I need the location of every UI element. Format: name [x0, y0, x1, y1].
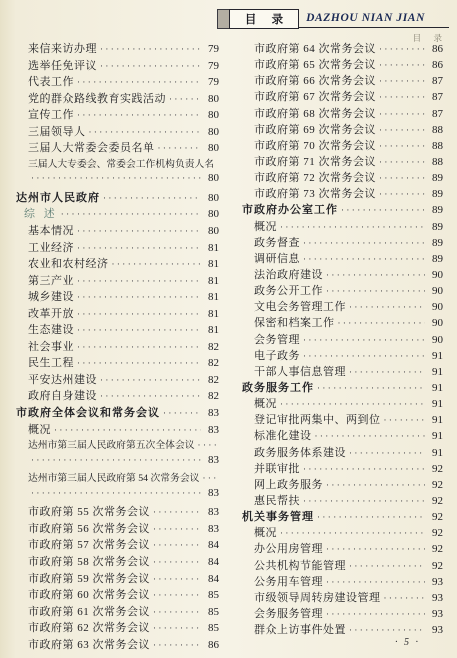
toc-entry-title: 综 述 — [24, 205, 58, 221]
dot-leader: ········································… — [153, 590, 201, 600]
dot-leader: ········································… — [349, 448, 425, 458]
toc-entry-title: 民生工程 — [28, 354, 74, 370]
toc-page-number: 93 — [428, 624, 443, 636]
toc-entry-title: 选举任免评议 — [28, 57, 97, 73]
toc-entry-row: 城乡建设····································… — [16, 288, 219, 305]
toc-page-number: 81 — [204, 258, 219, 270]
dot-leader: ········································… — [153, 640, 201, 650]
dot-leader: ········································… — [379, 60, 425, 70]
toc-entry-title: 市政府第 57 次常务会议 — [28, 536, 150, 552]
dot-leader: ········································… — [326, 577, 425, 587]
toc-page-number: 79 — [204, 43, 219, 55]
toc-entry-title: 市政府办公室工作 — [242, 201, 338, 217]
dot-leader: ········································… — [103, 193, 201, 203]
toc-entry-row: 达州市第三届人民政府第 54 次常务会议····················… — [16, 470, 219, 487]
dot-leader: ········································… — [77, 309, 201, 319]
toc-entry-title: 市政府第 58 次常务会议 — [28, 553, 150, 569]
toc-entry-row: 市政府第 62 次常务会议···························… — [16, 619, 219, 636]
dot-leader: ········································… — [303, 335, 425, 345]
toc-page-number: 85 — [204, 606, 219, 618]
toc-entry-row: 法治政府建设··································… — [242, 266, 443, 282]
toc-entry-row: 三届人大常委会委员名单·····························… — [16, 139, 219, 156]
toc-page-number: 91 — [428, 414, 443, 426]
toc-entry-row: 调研信息····································… — [242, 250, 443, 266]
dot-leader: ········································… — [379, 141, 425, 151]
toc-page-number: 82 — [204, 341, 219, 353]
toc-entry-row: 市政府第 68 次常务会议···························… — [242, 105, 443, 121]
dot-leader: ········································… — [379, 157, 425, 167]
toc-entry-title: 会务服务管理 — [254, 605, 323, 621]
toc-page-number: 89 — [428, 221, 443, 233]
header-rule — [298, 27, 449, 28]
dot-leader: ········································… — [280, 399, 425, 409]
toc-entry-row: 选举任免评议··································… — [16, 57, 219, 74]
toc-section-row: 市政府办公室工作································… — [242, 201, 443, 217]
toc-page-number: 80 — [204, 192, 219, 204]
dot-leader: ········································… — [326, 480, 425, 490]
toc-entry-row: 政务公开工作··································… — [242, 282, 443, 298]
dot-leader: ········································… — [303, 254, 425, 264]
toc-entry-title: 社会事业 — [28, 338, 74, 354]
toc-page-number: 81 — [204, 242, 219, 254]
toc-entry-title: 达州市人民政府 — [16, 189, 100, 205]
dot-leader: ········································… — [77, 226, 201, 236]
toc-page-number: 89 — [428, 253, 443, 265]
toc-page-number: 80 — [204, 109, 219, 121]
toc-page-number: 82 — [204, 357, 219, 369]
dot-leader: ········································… — [61, 209, 201, 219]
toc-entry-title: 市政府第 70 次常务会议 — [254, 137, 376, 153]
toc-page-number: 81 — [204, 275, 219, 287]
toc-entry-row: 政务服务体系建设································… — [242, 444, 443, 460]
dot-leader: ········································… — [31, 173, 201, 183]
toc-entry-row: 第三产业····································… — [16, 272, 219, 289]
toc-page-number: 83 — [204, 424, 219, 436]
toc-entry-row: 市级领导周转房建设管理·····························… — [242, 589, 443, 605]
toc-page-number: 80 — [204, 142, 219, 154]
toc-entry-title: 并联审批 — [254, 460, 300, 476]
toc-page-number: 79 — [204, 76, 219, 88]
toc-entry-title: 电子政务 — [254, 347, 300, 363]
toc-page-number: 81 — [204, 324, 219, 336]
toc-entry-row: 市政府第 65 次常务会议···························… — [242, 56, 443, 72]
dot-leader: ········································… — [31, 488, 201, 498]
dot-leader: ········································… — [100, 375, 201, 385]
toc-entry-title: 登记审批两集中、两到位 — [254, 411, 381, 427]
toc-entry-title: 公务用车管理 — [254, 573, 323, 589]
dot-leader: ········································… — [163, 408, 201, 418]
toc-section-row: 政务服务工作··································… — [242, 379, 443, 395]
dot-leader: ········································… — [153, 540, 201, 550]
toc-entry-title: 三届人大专委会、常委会工作机构负责人名单 — [28, 156, 213, 170]
toc-entry-title: 代表工作 — [28, 73, 74, 89]
toc-page-number: 90 — [428, 317, 443, 329]
toc-entry-title: 农业和农村经济 — [28, 255, 109, 271]
toc-entry-title: 市政府第 64 次常务会议 — [254, 40, 376, 56]
toc-page-number: 89 — [428, 237, 443, 249]
toc-entry-row: 三届人大专委会、常委会工作机构负责人名单····················… — [16, 156, 219, 173]
dot-leader: ········································… — [326, 609, 425, 619]
dot-leader: ········································… — [349, 561, 425, 571]
dot-leader: ········································… — [379, 173, 425, 183]
toc-entry-title: 城乡建设 — [28, 288, 74, 304]
dot-leader: ········································… — [54, 425, 201, 435]
toc-entry-row: 平安达州建设··································… — [16, 371, 219, 388]
toc-page-number: 83 — [204, 454, 219, 466]
toc-entry-row: 市政府第 66 次常务会议···························… — [242, 72, 443, 88]
toc-page-number: 80 — [204, 208, 219, 220]
toc-entry-row: 政府自身建设··································… — [16, 387, 219, 404]
toc-entry-row: 概况······································… — [242, 218, 443, 234]
toc-page-number: 92 — [428, 511, 443, 523]
toc-entry-row: 农业和农村经济·································… — [16, 255, 219, 272]
toc-entry-row: 政务督查····································… — [242, 234, 443, 250]
dot-leader: ········································… — [379, 76, 425, 86]
journal-title: DAZHOU NIAN JIAN — [306, 12, 425, 24]
toc-page-number: 84 — [204, 556, 219, 568]
page-header: 目 录 DAZHOU NIAN JIAN 目 录 — [217, 9, 449, 43]
toc-entry-row: 市政府第 73 次常务会议···························… — [242, 185, 443, 201]
toc-entry-title: 三届领导人 — [28, 123, 86, 139]
dot-leader: ········································… — [349, 367, 425, 377]
toc-page-number: 80 — [204, 93, 219, 105]
toc-entry-row: 文电会务管理工作································… — [242, 298, 443, 314]
dot-leader: ········································… — [153, 607, 201, 617]
toc-entry-row: 市政府第 64 次常务会议···························… — [242, 40, 443, 56]
toc-entry-title: 达州市第三届人民政府第 54 次常务会议 — [28, 470, 199, 484]
toc-page-number: 84 — [204, 573, 219, 585]
dot-leader: ········································… — [112, 259, 202, 269]
toc-entry-row: 市政府第 63 次常务会议···························… — [16, 636, 219, 653]
toc-entry-title: 市政府全体会议和常务会议 — [16, 404, 160, 420]
toc-section-row: 达州市人民政府·································… — [16, 189, 219, 206]
toc-entry-title: 政务公开工作 — [254, 282, 323, 298]
toc-entry-title: 市政府第 55 次常务会议 — [28, 503, 150, 519]
dot-leader: ········································… — [77, 358, 201, 368]
toc-column-right: 市政府第 64 次常务会议···························… — [242, 40, 443, 637]
dot-leader: ········································… — [100, 391, 201, 401]
toc-entry-row: 市政府第 60 次常务会议···························… — [16, 586, 219, 603]
toc-page-number: 86 — [204, 639, 219, 651]
toc-page-number: 83 — [204, 487, 219, 499]
toc-entry-title: 市政府第 71 次常务会议 — [254, 153, 376, 169]
toc-page-number: 91 — [428, 398, 443, 410]
toc-page-number: 82 — [204, 374, 219, 386]
dot-leader: ········································… — [153, 507, 201, 517]
toc-entry-row: 党的群众路线教育实践活动····························… — [16, 90, 219, 107]
toc-entry-title: 市政府第 62 次常务会议 — [28, 619, 150, 635]
toc-entry-title: 政务服务工作 — [242, 379, 314, 395]
toc-page-number: 85 — [204, 589, 219, 601]
toc-entry-title: 生态建设 — [28, 321, 74, 337]
dot-leader: ········································… — [169, 94, 201, 104]
toc-entry-title: 市级领导周转房建设管理 — [254, 589, 381, 605]
toc-entry-row: 概况······································… — [242, 524, 443, 540]
toc-entry-title: 群众上访事件处置 — [254, 621, 346, 637]
dot-leader: ········································… — [158, 143, 202, 153]
toc-entry-title: 网上政务服务 — [254, 476, 323, 492]
dot-leader: ········································… — [100, 44, 201, 54]
toc-entry-title: 市政府第 63 次常务会议 — [28, 636, 150, 652]
toc-entry-row: 保密和档案工作·································… — [242, 314, 443, 330]
dot-leader: ········································… — [100, 61, 201, 71]
dot-leader: ········································… — [317, 512, 425, 522]
toc-entry-title: 概况 — [28, 421, 51, 437]
toc-entry-row: 惠民帮扶····································… — [242, 492, 443, 508]
toc-entry-row: 生态建设····································… — [16, 321, 219, 338]
dot-leader: ········································… — [326, 286, 425, 296]
toc-entry-title: 市政府第 56 次常务会议 — [28, 520, 150, 536]
toc-entry-title: 市政府第 65 次常务会议 — [254, 56, 376, 72]
toc-entry-row: 会务管理····································… — [242, 331, 443, 347]
toc-entry-row: 基本情况····································… — [16, 222, 219, 239]
toc-entry-row: 并联审批····································… — [242, 460, 443, 476]
toc-page-number: 90 — [428, 334, 443, 346]
toc-entry-title: 平安达州建设 — [28, 371, 97, 387]
toc-entry-row: 办公用房管理··································… — [242, 540, 443, 556]
toc-entry-title: 市政府第 67 次常务会议 — [254, 88, 376, 104]
toc-entry-row: 市政府第 70 次常务会议···························… — [242, 137, 443, 153]
toc-entry-title: 调研信息 — [254, 250, 300, 266]
toc-entry-title: 公共机构节能管理 — [254, 557, 346, 573]
toc-page-number: 93 — [428, 608, 443, 620]
dot-leader: ········································… — [198, 440, 216, 450]
toc-entry-title: 政务督查 — [254, 234, 300, 250]
toc-entry-row: 市政府第 61 次常务会议···························… — [16, 603, 219, 620]
toc-entry-continuation: ········································… — [16, 454, 219, 471]
toc-entry-continuation: ········································… — [16, 487, 219, 504]
toc-entry-row: 会务服务管理··································… — [242, 605, 443, 621]
toc-page-number: 92 — [428, 543, 443, 555]
toc-page-number: 88 — [428, 124, 443, 136]
toc-section-row: 市政府全体会议和常务会议····························… — [16, 404, 219, 421]
toc-page-number: 90 — [428, 285, 443, 297]
toc-entry-row: 达州市第三届人民政府第五次全体会议·······················… — [16, 437, 219, 454]
dot-leader: ········································… — [77, 110, 201, 120]
dot-leader: ········································… — [379, 92, 425, 102]
toc-entry-title: 改革开放 — [28, 305, 74, 321]
toc-page-number: 81 — [204, 308, 219, 320]
page-number: · 5 · — [395, 637, 420, 648]
toc-page-number: 81 — [204, 291, 219, 303]
toc-entry-title: 第三产业 — [28, 272, 74, 288]
dot-leader: ········································… — [326, 270, 425, 280]
toc-column-left: 来信来访办理··································… — [16, 40, 219, 652]
toc-entry-title: 宣传工作 — [28, 106, 74, 122]
dot-leader: ········································… — [77, 325, 201, 335]
dot-leader: ········································… — [77, 276, 201, 286]
toc-page-number: 86 — [428, 43, 443, 55]
toc-page-number: 90 — [428, 301, 443, 313]
toc-page-number: 88 — [428, 156, 443, 168]
dot-leader: ········································… — [303, 351, 425, 361]
toc-entry-row: 综 述·····································… — [16, 205, 219, 222]
toc-entry-row: 社会事业····································… — [16, 338, 219, 355]
toc-page-number: 92 — [428, 463, 443, 475]
toc-entry-title: 达州市第三届人民政府第五次全体会议 — [28, 437, 195, 451]
dot-leader: ········································… — [384, 415, 426, 425]
toc-page-number: 92 — [428, 479, 443, 491]
toc-entry-title: 概况 — [254, 218, 277, 234]
toc-page-number: 87 — [428, 75, 443, 87]
dot-leader: ········································… — [384, 593, 426, 603]
toc-page-number: 92 — [428, 495, 443, 507]
toc-entry-title: 概况 — [254, 524, 277, 540]
dot-leader: ········································… — [379, 125, 425, 135]
toc-page-number: 83 — [204, 523, 219, 535]
toc-page-number: 86 — [428, 59, 443, 71]
toc-entry-row: 公共机构节能管理································… — [242, 557, 443, 573]
toc-section-row: 机关事务管理··································… — [242, 508, 443, 524]
toc-entry-row: 市政府第 72 次常务会议···························… — [242, 169, 443, 185]
toc-entry-row: 民生工程····································… — [16, 354, 219, 371]
toc-entry-title: 会务管理 — [254, 331, 300, 347]
toc-entry-row: 登记审批两集中、两到位·····························… — [242, 411, 443, 427]
toc-entry-title: 政府自身建设 — [28, 387, 97, 403]
toc-entry-row: 改革开放····································… — [16, 305, 219, 322]
toc-entry-row: 工业经济····································… — [16, 239, 219, 256]
dot-leader: ········································… — [77, 77, 201, 87]
toc-header-box: 目 录 — [229, 9, 299, 29]
toc-page-number: 85 — [204, 622, 219, 634]
toc-entry-continuation: ········································… — [16, 172, 219, 189]
toc-entry-row: 网上政务服务··································… — [242, 476, 443, 492]
toc-entry-row: 市政府第 67 次常务会议···························… — [242, 88, 443, 104]
toc-entry-title: 惠民帮扶 — [254, 492, 300, 508]
toc-entry-title: 干部人事信息管理 — [254, 363, 346, 379]
toc-entry-title: 党的群众路线教育实践活动 — [28, 90, 166, 106]
toc-page-number: 89 — [428, 188, 443, 200]
toc-page-number: 91 — [428, 382, 443, 394]
toc-entry-title: 保密和档案工作 — [254, 314, 335, 330]
dot-leader: ········································… — [341, 205, 425, 215]
toc-entry-title: 市政府第 68 次常务会议 — [254, 105, 376, 121]
toc-entry-title: 机关事务管理 — [242, 508, 314, 524]
toc-entry-title: 标准化建设 — [254, 427, 312, 443]
toc-page-number: 92 — [428, 527, 443, 539]
dot-leader: ········································… — [77, 342, 201, 352]
toc-entry-title: 市政府第 66 次常务会议 — [254, 72, 376, 88]
toc-page-number: 91 — [428, 350, 443, 362]
toc-entry-row: 宣传工作····································… — [16, 106, 219, 123]
dot-leader: ········································… — [77, 292, 201, 302]
toc-page-number: 93 — [428, 592, 443, 604]
dot-leader: ········································… — [280, 222, 425, 232]
toc-page-number: 91 — [428, 430, 443, 442]
dot-leader: ········································… — [303, 496, 425, 506]
toc-page-number: 89 — [428, 204, 443, 216]
toc-entry-row: 市政府第 71 次常务会议···························… — [242, 153, 443, 169]
toc-entry-row: 代表工作····································… — [16, 73, 219, 90]
toc-page-number: 79 — [204, 60, 219, 72]
dot-leader: ········································… — [326, 544, 425, 554]
dot-leader: ········································… — [349, 302, 425, 312]
toc-entry-row: 概况······································… — [242, 395, 443, 411]
dot-leader: ········································… — [349, 625, 425, 635]
dot-leader: ········································… — [153, 574, 201, 584]
toc-page-number: 87 — [428, 108, 443, 120]
toc-page-number: 91 — [428, 366, 443, 378]
toc-page-number: 80 — [204, 172, 219, 184]
dot-leader: ········································… — [202, 473, 216, 483]
toc-entry-title: 来信来访办理 — [28, 40, 97, 56]
toc-entry-title: 市政府第 59 次常务会议 — [28, 570, 150, 586]
toc-entry-title: 市政府第 61 次常务会议 — [28, 603, 150, 619]
toc-page-number: 83 — [204, 506, 219, 518]
dot-leader: ········································… — [153, 557, 201, 567]
toc-entry-row: 市政府第 58 次常务会议···························… — [16, 553, 219, 570]
toc-entry-title: 市政府第 72 次常务会议 — [254, 169, 376, 185]
toc-page-number: 92 — [428, 560, 443, 572]
toc-entry-title: 文电会务管理工作 — [254, 298, 346, 314]
toc-page-number: 83 — [204, 407, 219, 419]
toc-page-number: 84 — [204, 539, 219, 551]
toc-entry-row: 市政府第 59 次常务会议···························… — [16, 570, 219, 587]
toc-entry-title: 办公用房管理 — [254, 540, 323, 556]
toc-entry-title: 法治政府建设 — [254, 266, 323, 282]
toc-entry-row: 市政府第 57 次常务会议···························… — [16, 536, 219, 553]
dot-leader: ········································… — [77, 243, 201, 253]
dot-leader: ········································… — [303, 464, 425, 474]
toc-page-number: 87 — [428, 91, 443, 103]
toc-entry-title: 概况 — [254, 395, 277, 411]
toc-entry-row: 干部人事信息管理································… — [242, 363, 443, 379]
toc-page-number: 93 — [428, 576, 443, 588]
toc-page-number: 82 — [204, 390, 219, 402]
toc-page-number: 80 — [204, 225, 219, 237]
dot-leader: ········································… — [338, 318, 426, 328]
toc-entry-row: 市政府第 69 次常务会议···························… — [242, 121, 443, 137]
toc-entry-row: 公务用车管理··································… — [242, 573, 443, 589]
scanned-toc-page: 目 录 DAZHOU NIAN JIAN 目 录 来信来访办理·········… — [0, 0, 457, 658]
toc-entry-row: 标准化建设···································… — [242, 427, 443, 443]
dot-leader: ········································… — [315, 431, 426, 441]
toc-entry-row: 概况······································… — [16, 421, 219, 438]
dot-leader: ········································… — [379, 44, 425, 54]
toc-entry-title: 市政府第 73 次常务会议 — [254, 185, 376, 201]
toc-entry-row: 来信来访办理··································… — [16, 40, 219, 57]
dot-leader: ········································… — [31, 455, 201, 465]
dot-leader: ········································… — [379, 189, 425, 199]
dot-leader: ········································… — [89, 127, 202, 137]
toc-entry-row: 电子政务····································… — [242, 347, 443, 363]
toc-entry-row: 市政府第 55 次常务会议···························… — [16, 503, 219, 520]
toc-page-number: 90 — [428, 269, 443, 281]
toc-entry-title: 市政府第 69 次常务会议 — [254, 121, 376, 137]
toc-page-number: 80 — [204, 126, 219, 138]
dot-leader: ········································… — [379, 109, 425, 119]
toc-entry-row: 群众上访事件处置································… — [242, 621, 443, 637]
dot-leader: ········································… — [280, 528, 425, 538]
toc-entry-title: 三届人大常委会委员名单 — [28, 139, 155, 155]
toc-entry-title: 市政府第 60 次常务会议 — [28, 586, 150, 602]
dot-leader: ········································… — [303, 238, 425, 248]
dot-leader: ········································… — [153, 623, 201, 633]
dot-leader: ········································… — [317, 383, 425, 393]
toc-page-number: 91 — [428, 447, 443, 459]
toc-entry-title: 政务服务体系建设 — [254, 444, 346, 460]
toc-page-number: 89 — [428, 172, 443, 184]
toc-entry-title: 工业经济 — [28, 239, 74, 255]
toc-entry-row: 市政府第 56 次常务会议···························… — [16, 520, 219, 537]
toc-entry-title: 基本情况 — [28, 222, 74, 238]
toc-page-number: 88 — [428, 140, 443, 152]
toc-entry-row: 三届领导人···································… — [16, 123, 219, 140]
dot-leader: ········································… — [153, 524, 201, 534]
